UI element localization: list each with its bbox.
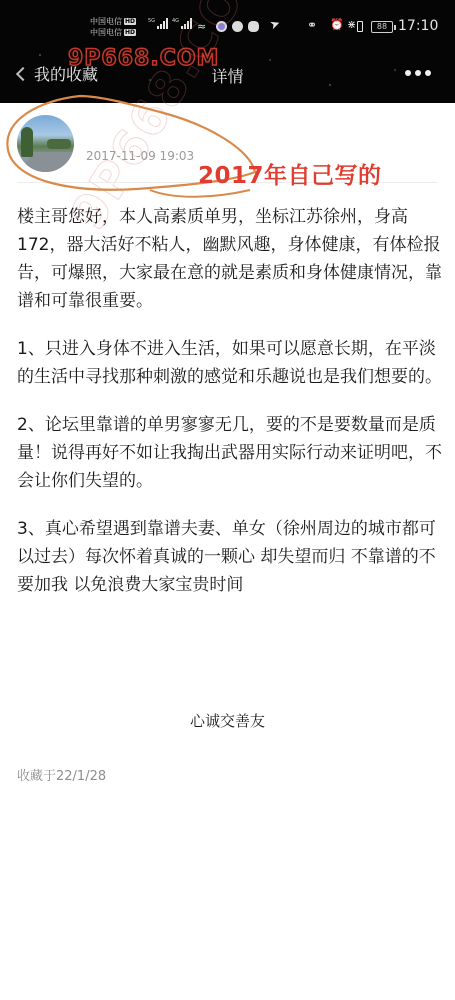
paragraph: 楼主哥您好，本人高素质单男，坐标江苏徐州，身高172，器大活好不粘人，幽默风趣，… xyxy=(17,203,442,315)
app-icon xyxy=(216,21,227,32)
annotation-text: 2017年自己写的 xyxy=(198,157,382,190)
page-title: 详情 xyxy=(0,64,455,87)
hd-badge: HD xyxy=(124,29,136,36)
hd-badge: HD xyxy=(124,18,136,25)
wifi-icon: ≈ xyxy=(197,20,206,33)
top-bar: 中国电信HD 中国电信HD 5G 4G ≈ ➤ ⚭ ⏰ ⋇ 88 17:10 9… xyxy=(0,0,455,103)
saved-date: 收藏于22/1/28 xyxy=(17,765,106,784)
paragraph: 1、只进入身体不进入生活，如果可以愿意长期，在平淡的生活中寻找那种刺激的感觉和乐… xyxy=(17,335,442,391)
signoff: 心诚交善友 xyxy=(0,710,455,731)
carrier-1: 中国电信 xyxy=(90,16,122,27)
clock: 17:10 xyxy=(398,18,438,34)
battery-saver-icon xyxy=(357,21,363,32)
wechat-icon xyxy=(248,21,259,32)
paragraph: 3、真心希望遇到靠谱夫妻、单女（徐州周边的城市都可以过去）每次怀着真诚的一颗心 … xyxy=(17,515,442,599)
carrier-2: 中国电信 xyxy=(90,27,122,38)
signal-icon: 5G xyxy=(148,18,168,29)
status-bar: 中国电信HD 中国电信HD 5G 4G ≈ ➤ ⚭ ⏰ ⋇ 88 17:10 xyxy=(0,12,455,42)
signal-icon: 4G xyxy=(172,18,192,29)
send-icon: ➤ xyxy=(268,16,282,33)
app-icon xyxy=(232,21,243,32)
post-date: 2017-11-09 19:03 xyxy=(86,149,194,163)
more-icon[interactable] xyxy=(405,70,431,76)
post-body: 楼主哥您好，本人高素质单男，坐标江苏徐州，身高172，器大活好不粘人，幽默风趣，… xyxy=(17,203,442,619)
avatar[interactable] xyxy=(17,115,74,172)
alarm-icon: ⏰ xyxy=(330,18,344,31)
paragraph: 2、论坛里靠谱的单男寥寥无几，要的不是要数量而是质量！说得再好不如让我掏出武器用… xyxy=(17,411,442,495)
battery-icon: 88 xyxy=(371,21,393,33)
carrier-info: 中国电信HD 中国电信HD xyxy=(90,16,136,38)
nav-bar: 我的收藏 详情 xyxy=(0,60,455,92)
key-icon: ⚭ xyxy=(307,18,317,32)
bluetooth-icon: ⋇ xyxy=(347,18,356,31)
